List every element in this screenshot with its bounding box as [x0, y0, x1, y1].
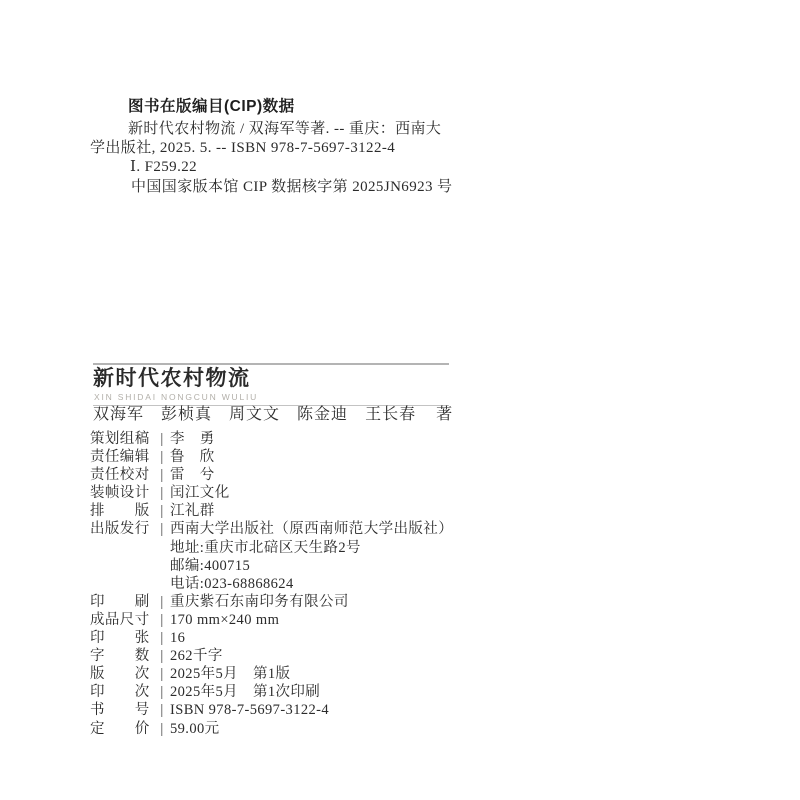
author-suffix: 著	[436, 406, 453, 423]
colophon-separator: |	[154, 666, 170, 683]
author-name: 彭桢真	[161, 406, 212, 423]
colophon-separator: |	[154, 594, 170, 611]
colophon-separator: |	[154, 449, 170, 466]
colophon-row: 责任校对 | 雷 兮	[90, 463, 510, 481]
colophon-separator: |	[154, 485, 170, 502]
author-name: 双海军	[93, 406, 144, 423]
colophon-separator: |	[154, 431, 170, 448]
author-name: 周文文	[229, 406, 280, 423]
colophon-row: 版 次 | 2025年5月 第1版	[90, 662, 510, 680]
colophon-row: 出版发行 | 西南大学出版社（原西南师范大学出版社）	[90, 517, 510, 535]
colophon-separator: |	[154, 467, 170, 484]
colophon-row: 字 数 | 262千字	[90, 644, 510, 662]
colophon-row: 电话:023-68868624	[90, 572, 510, 590]
colophon-row: 责任编辑 | 鲁 欣	[90, 445, 510, 463]
title-rule-top	[93, 363, 449, 365]
colophon-separator: |	[154, 721, 170, 738]
author-name: 王长春	[365, 406, 416, 423]
colophon-row: 装帧设计 | 闰江文化	[90, 481, 510, 499]
colophon-row: 印 次 | 2025年5月 第1次印刷	[90, 680, 510, 698]
cip-line: 中国国家版本馆 CIP 数据核字第 2025JN6923 号	[90, 178, 490, 197]
colophon-value: 59.00元	[170, 717, 220, 738]
cip-line: 新时代农村物流 / 双海军等著. -- 重庆：西南大	[90, 120, 490, 139]
colophon-separator: |	[154, 612, 170, 629]
colophon-row: 排 版 | 江礼群	[90, 499, 510, 517]
colophon-value: 170 mm×240 mm	[170, 612, 279, 629]
colophon-list: 策划组稿 | 李 勇 责任编辑 | 鲁 欣 责任校对 | 雷 兮 装帧设计 | …	[90, 427, 510, 735]
colophon-value: 重庆紫石东南印务有限公司	[170, 590, 349, 611]
colophon-label: 定 价	[90, 717, 154, 738]
colophon-separator: |	[154, 648, 170, 665]
colophon-separator: |	[154, 503, 170, 520]
cip-heading: 图书在版编目(CIP)数据	[128, 97, 490, 116]
colophon-label: 出版发行	[90, 517, 154, 538]
cip-block: 图书在版编目(CIP)数据 新时代农村物流 / 双海军等著. -- 重庆：西南大…	[90, 97, 490, 197]
cip-line: 学出版社, 2025. 5. -- ISBN 978-7-5697-3122-4	[90, 139, 490, 158]
colophon-separator: |	[154, 630, 170, 647]
copyright-page: 图书在版编目(CIP)数据 新时代农村物流 / 双海军等著. -- 重庆：西南大…	[0, 0, 800, 800]
colophon-row: 印 刷 | 重庆紫石东南印务有限公司	[90, 590, 510, 608]
colophon-separator: |	[154, 521, 170, 538]
cip-line: Ⅰ. F259.22	[90, 158, 490, 177]
colophon-row: 策划组稿 | 李 勇	[90, 427, 510, 445]
colophon-row: 印 张 | 16	[90, 626, 510, 644]
author-name: 陈金迪	[297, 406, 348, 423]
colophon-separator: |	[154, 702, 170, 719]
colophon-value: 2025年5月 第1次印刷	[170, 680, 320, 701]
book-title: 新时代农村物流	[93, 367, 449, 391]
colophon-separator: |	[154, 684, 170, 701]
title-block: 新时代农村物流 XIN SHIDAI NONGCUN WULIU	[93, 363, 449, 406]
